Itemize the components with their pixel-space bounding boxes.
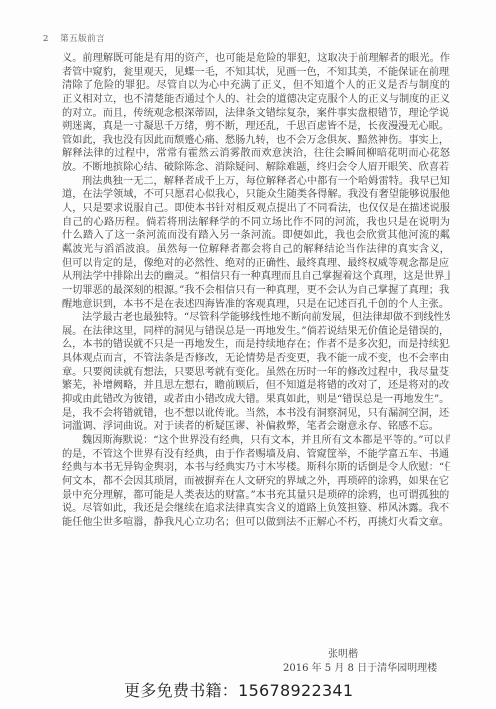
text-line: 什么踏入了这一条河流而没有踏入另一条河流。即便如此，我也会欣赏其他河流的粼 [62,229,450,243]
text-line: 清除了危险的罪犯。尽管自以为心中充满了正义，但不知道个人的正义是否与制度的 [62,79,450,93]
signature-date-place: 2016 年 5 月 8 日于清华园明理楼 [283,659,437,674]
text-line: 者管中窥豹，瓮里观天，见蝶一毛，不知其状，见画一色，不知其美，不能保证在前理解中 [62,66,450,80]
text-line: 朔迷离，真是一寸凝思千万绪，剪不断，理还乱，千思百虑皆不是，长夜漫漫无心眠。尽 [62,120,450,134]
text-line: 解释法律的过程中，常常有霍然云消雾散而欢意浃洽，往往会瞬间柳暗花明而心花怒 [62,147,450,161]
author-signature: 张明楷 [0,645,496,660]
text-line: 么，本书的错误就不只是一再地发生，而是持续地存在；作者不是多次犯，而是持续犯。就 [62,338,450,352]
text-line: 的对立。而且，传统观念根深蒂固，法律条文错综复杂，案件事实盘根错节，理论学说扑 [62,107,450,121]
text-line: 道，在法学领域，不可只愿君心似我心，只能众生随类各得解。我没有奢望能够说服他 [62,188,450,202]
footer-watermark: 更多免费书籍：15678922341 [124,678,353,701]
text-line: 自己的心路历程。倘若将刑法解释学的不同立场比作不同的河流，我也只是在说明为 [62,216,450,230]
text-line: 醒地意识到，本书不是在表述四海皆准的客观真理，只是在记述百孔千创的个人主张。 [62,298,450,312]
text-line: 能任他尘世多喧嚣，静我凡心立功名；但可以做到法不正解心不朽，再挑灯火看文章。 [62,516,450,530]
text-line: 义。前理解既可能是有用的资产，也可能是危险的罪犯，这取决于前理解者的眼光。作 [62,52,450,66]
text-line: 但可以肯定的是，像绝对的必然性、绝对的正确性、最终真理、最终权威等观念都是应当 [62,257,450,271]
running-title: 第五版前言 [60,34,105,44]
text-line: 说。尽管如此，我还是会继续在追求法律真实含义的道路上负笈担簦、栉风沐露。我不可 [62,502,450,516]
text-line: 法学最古老也最独特。“尽管科学能够线性地不断向前发展，但法律却做不到线性发 [62,311,450,325]
text-line: 抑或由此错改为彼错，或者由小错改成大错。果真如此，则是“错误总是一再地发生”。但 [62,393,450,407]
text-line: 景中充分理解，都可能是人类表达的财富。”本书充其量只是琐碎的涂鸦，也可谓孤独的言 [62,489,450,503]
text-line: 粼波光与滔滔波浪。虽然每一位解释者都会将自己的解释结论当作法律的真实含义， [62,243,450,257]
text-line: 繁芜，补增阙略，并且思左想右，瞻前顾后，但不知道是将错的改对了，还是将对的改错了… [62,379,450,393]
text-line: 展。在法律这里，同样的洞见与错误总是一再地发生。”倘若说结果无价值论是错误的，那 [62,325,450,339]
preface-body: 义。前理解既可能是有用的资产，也可能是危险的罪犯，这取决于前理解者的眼光。作者管… [62,52,450,529]
text-line: 经典与本书无异钩金舆羽，本书与经典实乃寸木岑楼。斯科尔斯的话倒是令人欣慰：“任 [62,461,450,475]
text-line: 魏因斯海默说：“这个世界没有经典，只有文本，并且所有文本都是平等的。”可以肯定 [62,434,450,448]
text-line: 具体观点而言，不管法条是否修改，无论情势是否变更，我不能一成不变，也不会率由旧 [62,352,450,366]
text-line: 管如此，我也没有因此而颓蹙心痛、愁肠九转，也不会万念俱灰、黯然神伤。事实上，在 [62,134,450,148]
text-line: 正义相对立，也不清楚能否通过个人的、社会的道德决定克服个人的正义与制度的正义 [62,93,450,107]
text-line: 一切罪恶的最深刻的根源。”我不会相信只有一种真理，更不会认为自己掌握了真理；我清 [62,284,450,298]
text-line: 的是，不管这个世界有没有经典，由于作者赐墙及肩、管窥筐举，不能学富五车、书通二酉… [62,448,450,462]
text-line: 是，我不会将错就错，也不想以讹传讹。当然，本书没有洞察洞见，只有漏洞空洞，还有陈 [62,407,450,421]
text-line: 从刑法学中排除出去的幽灵。“相信只有一种真理而且自己掌握着这个真理，这是世界上 [62,270,450,284]
page-number: 2 [43,34,49,44]
text-line: 刑法典独一无二，解释者成千上万，每位解释者心中都有一个哈姆雷特。我早已知 [62,175,450,189]
text-line: 章。只要阅读就有想法，只要思考就有变化。虽然在历时一年的修改过程中，我尽量芟柞 [62,366,450,380]
page-header: 2 第五版前言 [43,32,105,44]
text-line: 放。不断地摈除心结、破除陈念、消除疑问、解除难题，终归会令人眉开眼笑、欣喜若狂。 [62,161,450,175]
text-line: 何文本，都不会因其琐屑，而被摒弃在人文研究的界域之外，再琐碎的涂鸦，如果在它的背 [62,475,450,489]
text-line: 词滥调、浮词曲说。对于读者的析疑匡谬、补偏救弊，笔者会谢意永存、铭感不忘。 [62,420,450,434]
text-line: 人，只是要求说服自己。即使本书针对相反观点提出了不同看法，也仅仅是在描述说服 [62,202,450,216]
